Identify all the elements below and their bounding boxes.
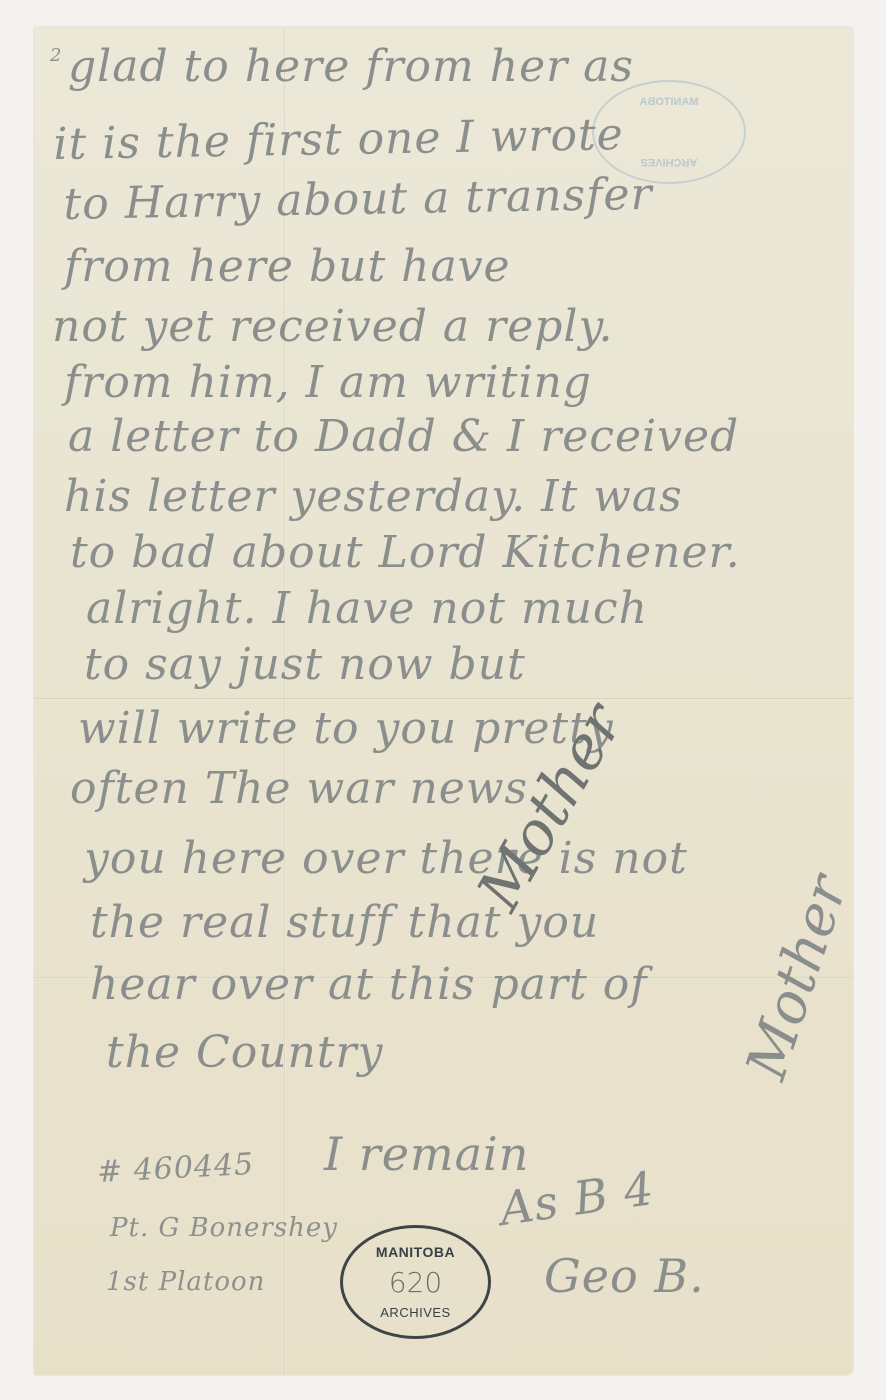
stamp-top-text: MANITOBA — [343, 1244, 488, 1260]
service-number: # 460445 — [96, 1147, 255, 1190]
letter-line: from here but have — [64, 241, 511, 292]
letter-line: to Harry about a transfer — [63, 169, 653, 230]
letter-line: often The war news — [70, 763, 528, 814]
stamp-bottom-text: ARCHIVES — [343, 1305, 488, 1320]
sender-name: Pt. G Bonershey — [110, 1213, 338, 1243]
horizontal-fold-crease — [34, 698, 853, 700]
letter-line: glad to here from her as — [68, 41, 634, 92]
archive-stamp: MANITOBA 620 ARCHIVES — [340, 1225, 491, 1339]
letter-line: to bad about Lord Kitchener. — [70, 527, 741, 578]
letter-line: the Country — [106, 1027, 383, 1078]
letter-line: hear over at this part of — [90, 959, 647, 1010]
signature: Geo B. — [544, 1249, 705, 1303]
letter-line: a letter to Dadd & I received — [68, 411, 739, 462]
ghost-stamp-top-text: MANITOBA — [594, 96, 744, 108]
page-number-mark: 2 — [50, 45, 61, 66]
letter-page: MANITOBA ARCHIVES 2 glad to here from he… — [34, 27, 853, 1375]
closing-line: I remain — [324, 1127, 529, 1181]
stamp-number: 620 — [343, 1266, 488, 1299]
vertical-fold-crease — [284, 27, 286, 1375]
letter-line: will write to you pretty — [78, 703, 614, 754]
letter-line: you here over there is not — [84, 833, 688, 884]
letter-line: from him, I am writing — [64, 357, 592, 408]
letter-line: it is the first one I wrote — [53, 109, 624, 170]
letter-line: to say just now but — [84, 639, 526, 690]
sender-unit: 1st Platoon — [106, 1267, 265, 1297]
letter-line: not yet received a reply. — [52, 301, 613, 352]
letter-line: his letter yesterday. It was — [64, 471, 683, 522]
letter-line: alright. I have not much — [86, 583, 648, 634]
